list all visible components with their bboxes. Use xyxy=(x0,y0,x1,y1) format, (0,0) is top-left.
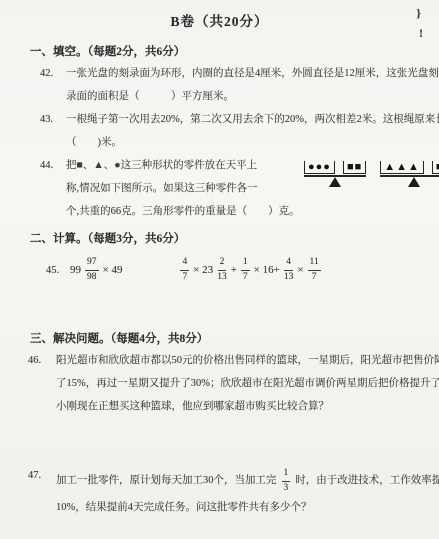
question-line: 个,共重的66克。三角形零件的重量是（ ）克。 xyxy=(66,204,431,220)
question-text: 一张光盘的刻录面为环形，内圈的直径是4厘米，外圆直径是12厘米，这张光盘刻 录面… xyxy=(66,66,431,112)
question-line: 加工一批零件，原计划每天加工30个，当加工完 1 3 时，由于改进技术，工作效率… xyxy=(56,468,431,494)
question-line: （ )米。 xyxy=(66,135,431,151)
balance-scale-2: ▲▲▲ ■ xyxy=(380,161,439,187)
question-number: 42. xyxy=(40,66,66,112)
balance-pan-left: ●●● xyxy=(304,161,335,174)
section-heading-solve: 三、解决问题。（每题4分，共8分） xyxy=(30,331,439,347)
question-number: 43. xyxy=(40,112,66,158)
question-number: 45. xyxy=(46,265,68,276)
fraction-denominator: 13 xyxy=(217,271,227,283)
question-46: 46. 阳光超市和欣欣超市都以50元的价格出售同样的篮球，一星期后，阳光超市把售… xyxy=(28,353,431,422)
fraction-numerator: 4 xyxy=(180,258,189,271)
fraction: 1 7 xyxy=(241,258,250,282)
question-line: 阳光超市和欣欣超市都以50元的价格出售同样的篮球，一星期后，阳光超市把售价降低 xyxy=(56,353,431,369)
fraction-numerator: 2 xyxy=(218,258,227,271)
operator: × xyxy=(297,264,303,276)
fraction-numerator: 1 xyxy=(282,469,291,482)
section-heading-fill: 一、填空。（每题2分，共6分） xyxy=(30,44,439,60)
question-line: 小刚现在正想买这种篮球，他应到哪家超市购买比较合算？ xyxy=(56,399,431,415)
fraction-denominator: 98 xyxy=(87,271,97,283)
section-heading-calc: 二、计算。（每题3分，共6分） xyxy=(30,231,439,247)
question-line: 10%，结果提前4天完成任务。问这批零件共有多少个？ xyxy=(56,500,431,516)
fraction-numerator: 11 xyxy=(308,258,321,271)
mixed-number-whole: 99 xyxy=(70,264,81,276)
fraction: 2 13 xyxy=(217,258,227,282)
question-line: 了15%，再过一星期又提升了30%；欣欣超市在阳光超市调价两星期后把价格提升了1… xyxy=(56,376,431,392)
fraction-denominator: 7 xyxy=(243,271,248,283)
operator: × 23 xyxy=(193,264,213,276)
fraction-denominator: 7 xyxy=(312,271,317,283)
question-line-part: 时，由于改进技术，工作效率提高了 xyxy=(295,473,439,489)
page-title: B卷（共20分） xyxy=(0,13,439,31)
fraction: 11 7 xyxy=(308,258,321,282)
exam-page: B卷（共20分） } ! 一、填空。（每题2分，共6分） 42. 一张光盘的刻录… xyxy=(0,0,439,539)
balance-pan-left: ▲▲▲ xyxy=(380,161,424,174)
operator: + xyxy=(231,264,237,276)
question-text: 一根绳子第一次用去20%，第二次又用去余下的20%，两次相差2米。这根绳原来长 … xyxy=(66,112,431,158)
question-text: 加工一批零件，原计划每天加工30个，当加工完 1 3 时，由于改进技术，工作效率… xyxy=(56,468,431,523)
expression-45-1: 99 97 98 × 49 xyxy=(68,258,124,282)
question-text: 把■、▲、●这三种形状的零件放在天平上 称,情况如下图所示。如果这三种零件各一 … xyxy=(66,158,431,227)
fraction-denominator: 13 xyxy=(284,271,294,283)
question-42: 42. 一张光盘的刻录面为环形，内圈的直径是4厘米，外圆直径是12厘米，这张光盘… xyxy=(40,66,431,112)
balance-scale-1: ●●● ■■ xyxy=(304,161,366,187)
fraction-denominator: 7 xyxy=(182,271,187,283)
fraction: 4 13 xyxy=(284,258,294,282)
question-45: 45. 99 97 98 × 49 4 7 × 23 2 13 + 1 7 xyxy=(46,255,439,285)
question-number: 44. xyxy=(40,158,66,227)
question-line: 把■、▲、●这三种形状的零件放在天平上 xyxy=(66,158,304,174)
fraction-numerator: 97 xyxy=(85,258,99,271)
balance-pan-right: ■■ xyxy=(343,161,366,174)
question-47: 47. 加工一批零件，原计划每天加工30个，当加工完 1 3 时，由于改进技术，… xyxy=(28,468,431,523)
fraction-denominator: 3 xyxy=(284,482,289,494)
question-number: 47. xyxy=(28,468,56,523)
balance-fulcrum-icon xyxy=(329,177,341,187)
fraction: 4 7 xyxy=(180,258,189,282)
question-number: 46. xyxy=(28,353,56,422)
question-line: 一根绳子第一次用去20%，第二次又用去余下的20%，两次相差2米。这根绳原来长 xyxy=(66,112,431,128)
scan-artifact-mark: } xyxy=(416,6,421,21)
scan-artifact-mark: ! xyxy=(419,26,423,41)
question-line: 录面的面积是（ ）平方厘米。 xyxy=(66,89,431,105)
question-43: 43. 一根绳子第一次用去20%，第二次又用去余下的20%，两次相差2米。这根绳… xyxy=(40,112,431,158)
fraction: 97 98 xyxy=(85,258,99,282)
operator: × 49 xyxy=(103,264,123,276)
question-text: 阳光超市和欣欣超市都以50元的价格出售同样的篮球，一星期后，阳光超市把售价降低 … xyxy=(56,353,431,422)
question-line: 称,情况如下图所示。如果这三种零件各一 xyxy=(66,181,304,197)
balance-fulcrum-icon xyxy=(408,177,420,187)
balance-pan-right: ■ xyxy=(432,161,439,174)
question-line: 一张光盘的刻录面为环形，内圈的直径是4厘米，外圆直径是12厘米，这张光盘刻 xyxy=(66,66,431,82)
balance-diagram: ●●● ■■ ▲▲▲ ■ xyxy=(304,161,439,204)
question-line-part: 加工一批零件，原计划每天加工30个，当加工完 xyxy=(56,473,277,489)
expression-45-2: 4 7 × 23 2 13 + 1 7 × 16+ 4 13 × 11 7 xyxy=(178,258,322,282)
fraction-numerator: 1 xyxy=(241,258,250,271)
fraction-numerator: 4 xyxy=(284,258,293,271)
fraction: 1 3 xyxy=(282,469,291,493)
question-44: 44. 把■、▲、●这三种形状的零件放在天平上 称,情况如下图所示。如果这三种零… xyxy=(40,158,431,227)
operator: × 16+ xyxy=(254,264,280,276)
